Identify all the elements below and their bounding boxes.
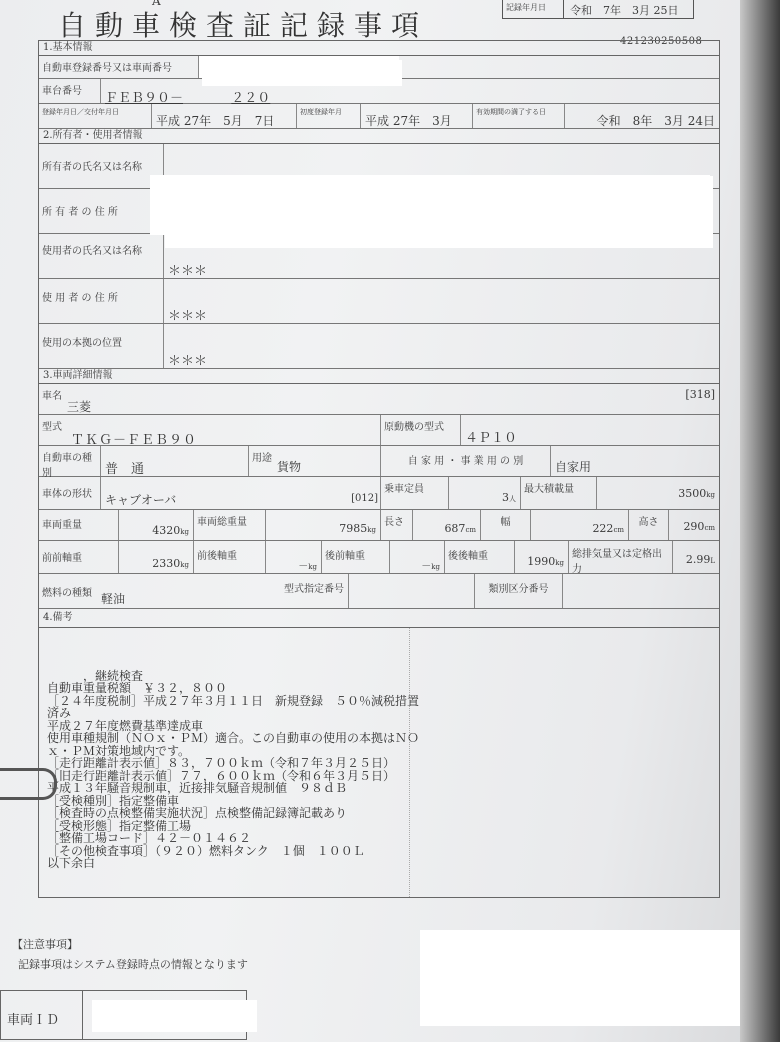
rr-axle: 1990 <box>527 555 555 568</box>
redaction <box>150 175 710 235</box>
use-label: 用途 <box>252 453 272 464</box>
section-remarks-heading: 4.備考 <box>39 609 719 628</box>
record-date: 令和 7年 3月 25日 <box>564 0 685 18</box>
fr-axle-cell: －kg <box>266 541 322 573</box>
use-cell: 用途 貨物 <box>249 446 381 476</box>
section-basic-info-heading: 1.基本情報 <box>39 41 719 56</box>
weight-cell: 4320kg <box>119 510 194 540</box>
car-name-cell: 車名 三菱 [318] <box>39 384 719 414</box>
type-no <box>349 574 475 608</box>
car-name-code: [318] <box>685 388 715 401</box>
user-address-label: 使 用 者 の 住 所 <box>39 279 164 323</box>
displacement-unit: L <box>710 557 715 565</box>
unit-kg: kg <box>180 561 189 569</box>
fuel-cell: 燃料の種類 軽油 型式指定番号 <box>39 574 349 608</box>
record-date-box: 記録年月日 令和 7年 3月 25日 <box>502 0 694 19</box>
type-no-label: 型式指定番号 <box>284 580 344 595</box>
capacity-cell: 3人 <box>449 477 521 509</box>
class-no <box>563 574 719 608</box>
ff-axle-cell: 2330kg <box>119 541 194 573</box>
body-cell: キャブオーバ [012] <box>101 477 381 509</box>
car-name: 三菱 <box>67 398 91 415</box>
width-label: 幅 <box>481 510 531 540</box>
rf-axle-cell: －kg <box>390 541 445 573</box>
base-location-label: 使用の本拠の位置 <box>39 324 164 368</box>
remarks-body: ，継続検査自動車重量税額 ￥３２，８００［２４年度税制］平成２７年３月１１日 新… <box>39 628 719 897</box>
base-location-value: ＊＊＊ <box>164 324 719 368</box>
gross-cell: 7985kg <box>266 510 381 540</box>
max-load-cell: 3500kg <box>597 477 719 509</box>
unit-cm: cm <box>704 524 715 532</box>
width-cell: 222cm <box>531 510 629 540</box>
engine: ４Ｐ１０ <box>461 415 719 445</box>
ff-axle: 2330 <box>152 557 180 570</box>
unit-cm: cm <box>613 526 624 534</box>
unit-kg: kg <box>706 491 715 499</box>
gross: 7985 <box>339 522 367 535</box>
first-reg-label: 初度登録年月 <box>297 104 361 128</box>
first-reg: 平成 27年 3月 <box>361 104 473 128</box>
body: キャブオーバ <box>105 491 176 508</box>
private: 自家用 <box>551 446 719 476</box>
remark-line: ［２４年度税制］平成２７年３月１１日 新規登録 ５０％減税措置 <box>47 695 719 708</box>
section-owner-heading: 2.所有者・使用者情報 <box>39 129 719 144</box>
displacement: 2.99 <box>686 553 711 566</box>
reg-date-label: 登録年月日／交付年月日 <box>39 104 152 128</box>
section-vehicle-heading: 3.車両詳細情報 <box>39 369 719 384</box>
gross-label: 車両総重量 <box>194 510 266 540</box>
user-address-value: ＊＊＊ <box>164 279 719 323</box>
redaction <box>202 60 402 86</box>
remark-line: ［その他検査事項］（９２０）燃料タンク １個 １００Ｌ <box>47 845 719 858</box>
displacement-label: 総排気量又は定格出力 <box>569 541 673 573</box>
use: 貨物 <box>277 458 301 475</box>
redaction <box>420 930 760 1026</box>
remark-line: ［整備工場コード］４２－０１４６２ <box>47 832 719 845</box>
background-shadow <box>740 0 780 1042</box>
chassis-value: ＦＥＢ９０－ ２２０ <box>101 79 719 103</box>
paper-clip <box>0 768 57 800</box>
unit-kg: kg <box>308 563 317 571</box>
remark-line: 自動車重量税額 ￥３２，８００ <box>47 682 719 695</box>
document-paper: A 自動車検査証記録事項 記録年月日 令和 7年 3月 25日 42123025… <box>0 0 755 1042</box>
height: 290 <box>683 520 704 533</box>
rf-axle-label: 後前軸重 <box>322 541 390 573</box>
record-date-label: 記録年月日 <box>503 0 564 18</box>
capacity: 3 <box>502 491 509 504</box>
remark-line: 平成１３年騒音規制車，近接排気騒音規制値 ９８ｄＢ <box>47 782 719 795</box>
width: 222 <box>592 522 613 535</box>
remarks-divider <box>409 628 410 897</box>
remark-line: ［検査時の点検整備実施状況］点検整備記録簿記載あり <box>47 807 719 820</box>
unit-kg: kg <box>367 526 376 534</box>
class-no-label: 類別区分番号 <box>475 574 563 608</box>
fuel-label: 燃料の種類 <box>42 584 92 599</box>
remark-line: 以下余白 <box>47 857 719 870</box>
remark-line: ［走行距離計表示値］８３，７００ｋｍ（令和７年３月２５日） <box>47 757 719 770</box>
unit-kg: kg <box>555 559 564 567</box>
length-label: 長さ <box>381 510 413 540</box>
notes-text: 記録事項はシステム登録時点の情報となります <box>18 956 248 972</box>
fr-axle: － <box>298 561 308 572</box>
unit-cm: cm <box>465 526 476 534</box>
height-cell: 290cm <box>669 510 719 540</box>
max-load-label: 最大積載量 <box>521 477 597 509</box>
chassis-label: 車台番号 <box>39 79 101 103</box>
capacity-unit: 人 <box>509 495 516 503</box>
engine-label: 原動機の型式 <box>381 415 461 445</box>
expiry: 令和 8年 3月 24日 <box>565 104 719 128</box>
length: 687 <box>444 522 465 535</box>
model-cell: 型式 ＴＫＧ－ＦＥＢ９０ <box>39 415 381 445</box>
kind-label: 自動車の種別 <box>39 446 101 476</box>
user-name-label: 使用者の氏名又は名称 <box>39 234 164 278</box>
page-title: 自動車検査証記録事項 <box>58 4 428 44</box>
ff-axle-label: 前前軸重 <box>39 541 119 573</box>
vehicle-id-label: 車両ＩＤ <box>1 991 83 1039</box>
length-cell: 687cm <box>413 510 481 540</box>
kind: 普 通 <box>101 446 249 476</box>
rr-axle-label: 後後軸重 <box>445 541 515 573</box>
record-form: 1.基本情報 自動車登録番号又は車両番号 車台番号 ＦＥＢ９０－ ２２０ 登録年… <box>38 40 720 898</box>
notes-heading: 【注意事項】 <box>12 936 78 952</box>
weight: 4320 <box>152 524 180 537</box>
rf-axle: － <box>421 561 431 572</box>
remark-line: 済み <box>47 707 719 720</box>
owner-address-label: 所 有 者 の 住 所 <box>39 189 164 233</box>
reg-number-label: 自動車登録番号又は車両番号 <box>39 56 199 78</box>
weight-label: 車両重量 <box>39 510 119 540</box>
private-label: 自 家 用 ・ 事 業 用 の 別 <box>381 446 551 476</box>
model-label: 型式 <box>42 422 62 433</box>
unit-kg: kg <box>431 563 440 571</box>
redaction <box>92 1000 257 1032</box>
capacity-label: 乗車定員 <box>381 477 449 509</box>
reg-date: 平成 27年 5月 7日 <box>152 104 297 128</box>
fr-axle-label: 前後軸重 <box>194 541 266 573</box>
body-label: 車体の形状 <box>39 477 101 509</box>
unit-kg: kg <box>180 528 189 536</box>
rr-axle-cell: 1990kg <box>515 541 569 573</box>
displacement-cell: 2.99L <box>673 541 719 573</box>
fuel: 軽油 <box>101 590 125 607</box>
height-label: 高さ <box>629 510 669 540</box>
owner-name-label: 所有者の氏名又は名称 <box>39 144 164 188</box>
body-code: [012] <box>351 493 378 504</box>
car-name-label: 車名 <box>42 391 62 402</box>
remarks-lines: ，継続検査自動車重量税額 ￥３２，８００［２４年度税制］平成２７年３月１１日 新… <box>47 670 719 870</box>
expiry-label: 有効期間の満了する日 <box>473 104 565 128</box>
max-load: 3500 <box>678 487 706 500</box>
remark-line: 使用車種規制（ＮＯｘ・ＰＭ）適合。この自動車の使用の本拠はＮＯ <box>47 732 719 745</box>
